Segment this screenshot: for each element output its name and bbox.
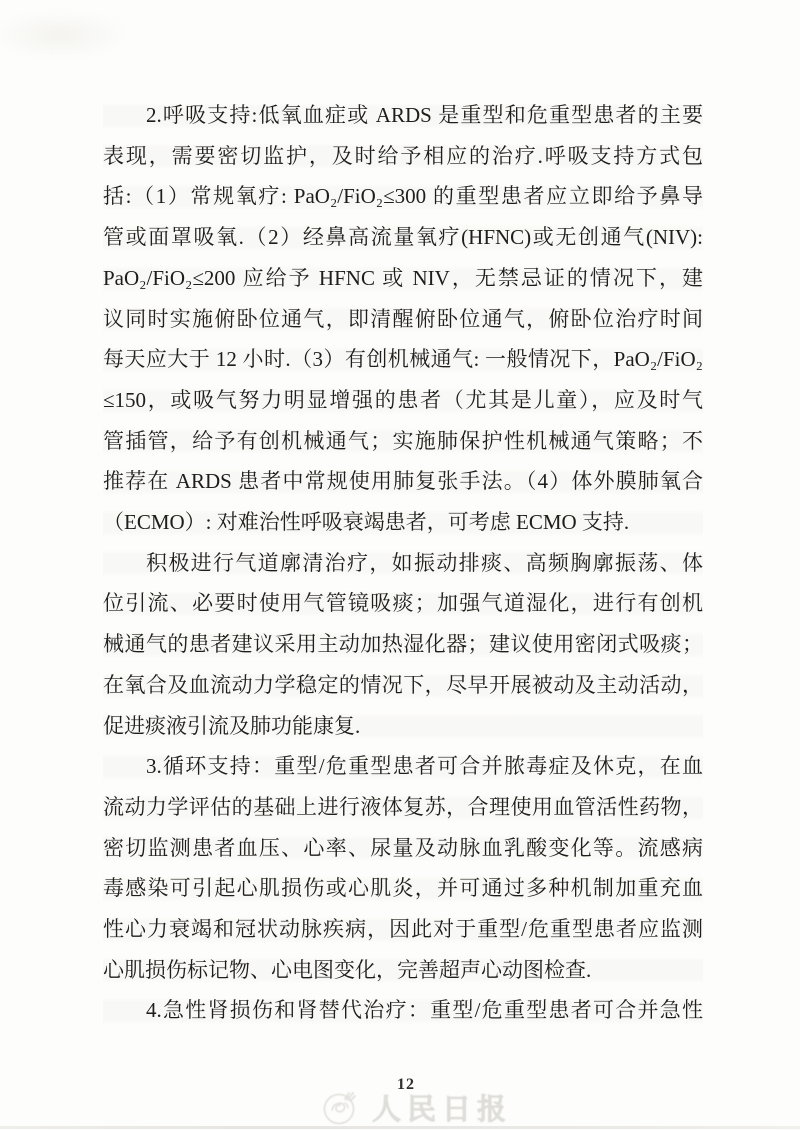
document-text-block: 2.呼吸支持:低氧血症或 ARDS 是重型和危重型患者的主要 表现，需要密切监护… [103, 95, 703, 1031]
text-line: 每天应大于 12 小时.（3）有创机械通气: 一般情况下，PaO₂/FiO₂ [103, 339, 703, 380]
text-line: 心肌损伤标记物、心电图变化，完善超声心动图检查. [103, 950, 703, 991]
scanned-document-page: 2.呼吸支持:低氧血症或 ARDS 是重型和危重型患者的主要 表现，需要密切监护… [0, 0, 800, 1130]
text-line: PaO₂/FiO₂≤200 应给予 HFNC 或 NIV，无禁忌证的情况下，建 [103, 258, 703, 299]
text-line: 密切监测患者血压、心率、尿量及动脉血乳酸变化等。流感病 [103, 828, 703, 869]
text-line: 2.呼吸支持:低氧血症或 ARDS 是重型和危重型患者的主要 [103, 95, 703, 136]
text-line: 流动力学评估的基础上进行液体复苏，合理使用血管活性药物， [103, 787, 703, 828]
text-line: 管插管，给予有创机械通气；实施肺保护性机械通气策略；不 [103, 421, 703, 462]
text-line: 械通气的患者建议采用主动加热湿化器；建议使用密闭式吸痰； [103, 624, 703, 665]
text-line: 议同时实施俯卧位通气，即清醒俯卧位通气，俯卧位治疗时间 [103, 299, 703, 340]
text-line: 括:（1）常规氧疗: PaO₂/FiO₂≤300 的重型患者应立即给予鼻导 [103, 176, 703, 217]
text-line: 推荐在 ARDS 患者中常规使用肺复张手法。（4）体外膜肺氧合 [103, 461, 703, 502]
watermark-text: 人民日报 [372, 1087, 512, 1128]
text-line: 性心力衰竭和冠状动脉疾病，因此对于重型/危重型患者应监测 [103, 909, 703, 950]
text-line: 管或面罩吸氧.（2）经鼻高流量氧疗(HFNC)或无创通气(NIV): [103, 217, 703, 258]
text-line: 促进痰液引流及肺功能康复. [103, 706, 703, 747]
scan-smudge [0, 10, 130, 60]
text-line: ≤150，或吸气努力明显增强的患者（尤其是儿童），应及时气 [103, 380, 703, 421]
text-line: 积极进行气道廓清治疗，如振动排痰、高频胸廓振荡、体 [103, 543, 703, 584]
watermark: 人民日报 [320, 1086, 512, 1128]
text-line: 位引流、必要时使用气管镜吸痰；加强气道湿化，进行有创机 [103, 583, 703, 624]
text-line: 表现，需要密切监护，及时给予相应的治疗.呼吸支持方式包 [103, 136, 703, 177]
text-line: 4.急性肾损伤和肾替代治疗：重型/危重型患者可合并急性 [103, 990, 703, 1031]
scan-bottom-edge [0, 1126, 800, 1129]
text-line: 3.循环支持：重型/危重型患者可合并脓毒症及休克，在血 [103, 746, 703, 787]
text-line: 在氧合及血流动力学稳定的情况下，尽早开展被动及主动活动， [103, 665, 703, 706]
text-line: 毒感染可引起心肌损伤或心肌炎，并可通过多种机制加重充血 [103, 868, 703, 909]
peoples-daily-logo-icon [320, 1086, 362, 1128]
text-line: （ECMO）: 对难治性呼吸衰竭患者，可考虑 ECMO 支持. [103, 502, 703, 543]
